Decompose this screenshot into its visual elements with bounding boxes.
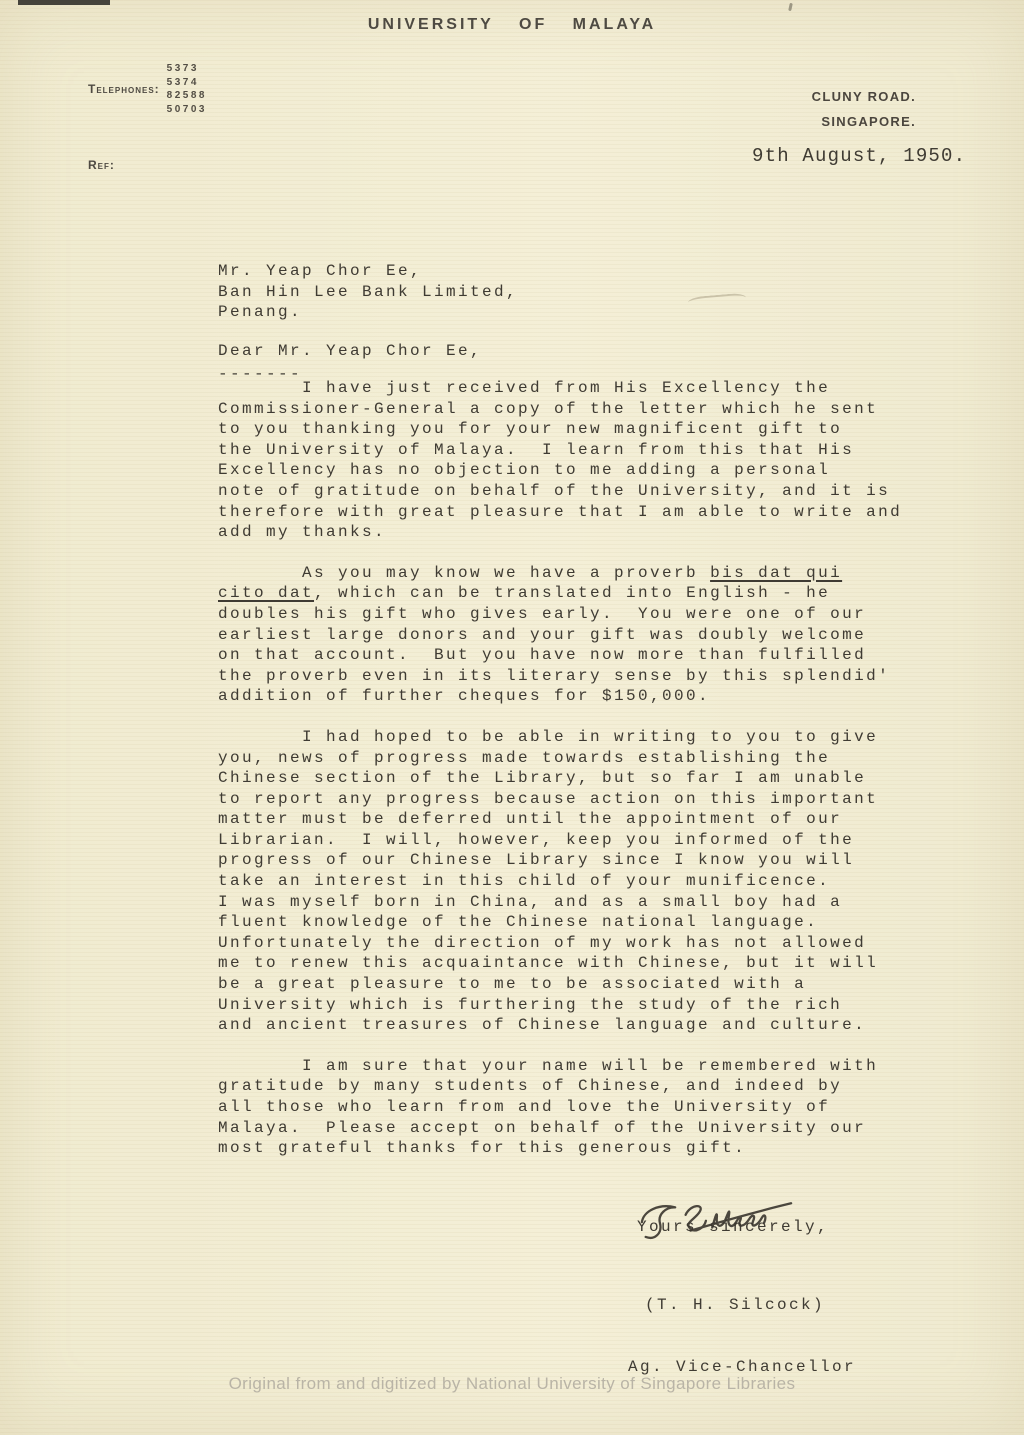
letter-paragraph: I am sure that your name will be remembe… bbox=[218, 1056, 922, 1159]
signed-name: (T. H. Silcock) bbox=[628, 1295, 856, 1316]
salutation: Dear Mr. Yeap Chor Ee, bbox=[218, 341, 482, 362]
letterhead-telephones: Telephones: 5373 5374 82588 50703 bbox=[88, 62, 207, 116]
letterhead-university-name: UNIVERSITY OF MALAYA bbox=[0, 16, 1024, 34]
letter-paragraph: I had hoped to be able in writing to you… bbox=[218, 727, 922, 1036]
scan-artifact-strip bbox=[18, 0, 110, 5]
scan-artifact-scratch bbox=[688, 292, 747, 307]
scanned-letter-page: UNIVERSITY OF MALAYA Telephones: 5373 53… bbox=[0, 0, 1024, 1435]
signed-block: (T. H. Silcock) Ag. Vice-Chancellor bbox=[628, 1254, 856, 1419]
letter-body: I have just received from His Excellency… bbox=[218, 378, 922, 1179]
signature-handwritten-icon bbox=[634, 1194, 809, 1250]
letter-paragraph: As you may know we have a proverb bis da… bbox=[218, 563, 922, 707]
letterhead-address: CLUNY ROAD. SINGAPORE. bbox=[812, 84, 916, 134]
letter-paragraph: I have just received from His Excellency… bbox=[218, 378, 922, 543]
address-line-road: CLUNY ROAD. bbox=[812, 84, 916, 109]
address-line-city: SINGAPORE. bbox=[812, 109, 916, 134]
telephone-numbers: 5373 5374 82588 50703 bbox=[167, 62, 207, 116]
recipient-lines: Mr. Yeap Chor Ee, Ban Hin Lee Bank Limit… bbox=[218, 261, 518, 323]
scan-artifact-speck bbox=[788, 3, 793, 11]
telephones-label: Telephones: bbox=[88, 82, 160, 116]
letter-date: 9th August, 1950. bbox=[752, 146, 966, 167]
footer-credit: Original from and digitized by National … bbox=[0, 1374, 1024, 1394]
ref-label: Ref: bbox=[88, 158, 115, 172]
